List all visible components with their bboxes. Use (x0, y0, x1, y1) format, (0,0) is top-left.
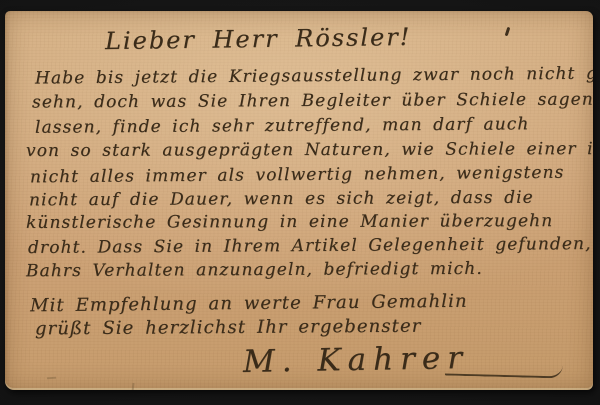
pencil-mark (47, 377, 56, 380)
ink-mark (505, 27, 510, 36)
handwritten-line: Habe bis jetzt die Kriegsausstellung zwa… (35, 65, 593, 87)
closing-line: Mit Empfehlung an werte Frau Gemahlin (30, 293, 468, 316)
handwritten-line: von so stark ausgeprägten Naturen, wie S… (26, 141, 593, 160)
handwritten-line: Bahrs Verhalten anzunageln, befriedigt m… (26, 261, 483, 280)
salutation: Lieber Herr Rössler! (105, 25, 412, 53)
handwritten-line: nicht auf die Dauer, wenn es sich zeigt,… (29, 190, 534, 210)
signature: M. Kahrer (243, 343, 470, 378)
handwritten-line: lassen, finde ich sehr zutreffend, man d… (35, 116, 530, 136)
pencil-mark (132, 383, 135, 390)
postcard: Lieber Herr Rössler! Habe bis jetzt die … (5, 11, 593, 390)
handwritten-line: nicht alles immer als vollwertig nehmen,… (30, 165, 565, 187)
handwritten-line: künstlerische Gesinnung in eine Manier ü… (26, 213, 553, 232)
handwritten-line: droht. Dass Sie in Ihrem Artikel Gelegen… (28, 236, 592, 257)
closing-line: grüßt Sie herzlichst Ihr ergebenster (35, 318, 422, 339)
handwritten-line: sehn, doch was Sie Ihren Begleiter über … (32, 92, 593, 112)
